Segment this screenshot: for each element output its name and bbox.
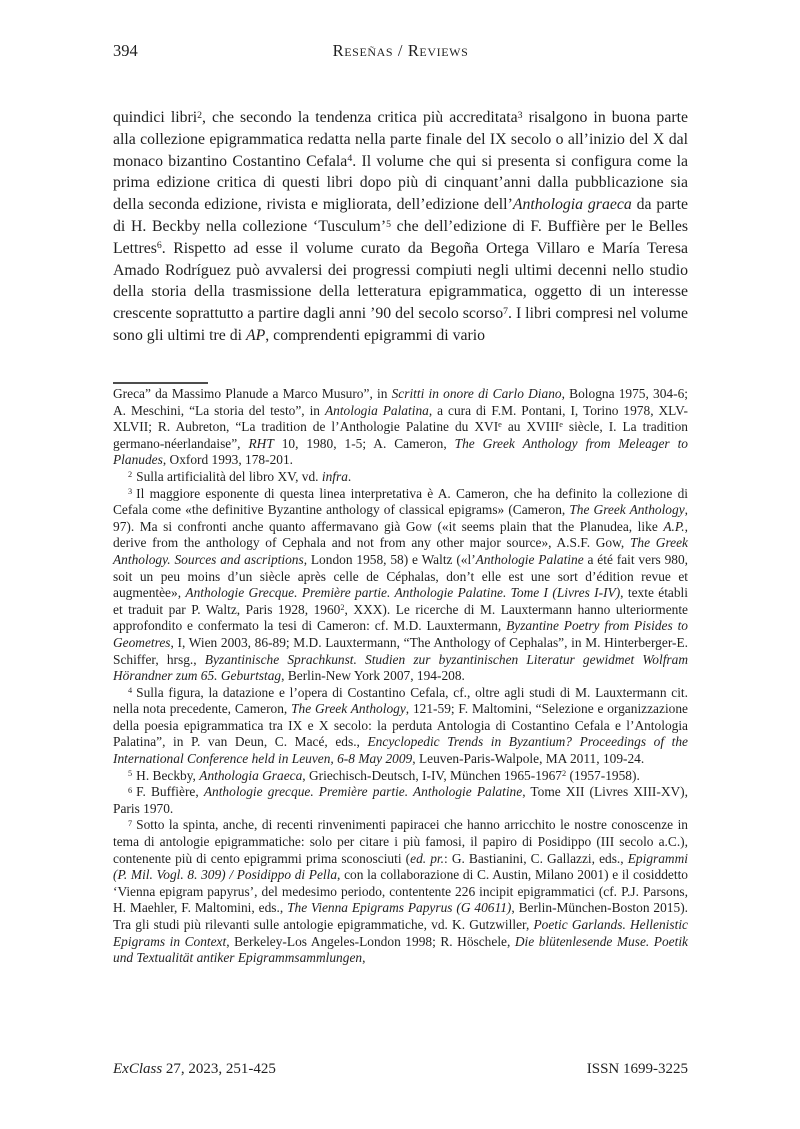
footnote-number: 4 bbox=[128, 686, 132, 695]
italic-text-segment: Anthologia graeca bbox=[513, 196, 632, 213]
italic-text-segment: infra bbox=[322, 469, 348, 484]
running-title: Reseñas / Reviews bbox=[113, 41, 688, 61]
text-segment: , Griechisch-Deutsch, I-IV, München 1965… bbox=[302, 768, 562, 783]
review-body-paragraph: quindici libri2, che secondo la tendenza… bbox=[113, 107, 688, 347]
footnote: 5H. Beckby, Anthologia Graeca, Griechisc… bbox=[113, 768, 688, 785]
superscript-note-ref: 4 bbox=[347, 153, 352, 164]
text-segment: , London 1958, 58) e Waltz («l’ bbox=[304, 552, 476, 567]
italic-text-segment: ExClass bbox=[113, 1061, 162, 1077]
text-segment: , Berkeley-Los Angeles-London 1998; R. H… bbox=[226, 934, 515, 949]
italic-text-segment: The Greek Anthology bbox=[291, 701, 406, 716]
footnote: Greca” da Massimo Planude a Marco Musuro… bbox=[113, 386, 688, 469]
text-segment: F. Buffière, bbox=[136, 784, 204, 799]
text-segment: Sulla artificialità del libro XV, vd. bbox=[136, 469, 322, 484]
journal-page: 394 Reseñas / Reviews quindici libri2, c… bbox=[0, 0, 800, 1129]
superscript-note-ref: 2 bbox=[562, 769, 566, 778]
text-segment: , comprendenti epigrammi di vario bbox=[265, 327, 485, 344]
text-segment: 27, 2023, 251-425 bbox=[162, 1061, 276, 1077]
text-segment: . bbox=[348, 469, 351, 484]
superscript-note-ref: 6 bbox=[157, 240, 162, 251]
superscript-note-ref: 3 bbox=[518, 110, 523, 121]
footnote-number: 5 bbox=[128, 769, 132, 778]
footnote: 6F. Buffière, Anthologie grecque. Premiè… bbox=[113, 784, 688, 817]
footnote-number: 6 bbox=[128, 786, 132, 795]
italic-text-segment: Anthologie Palatine bbox=[476, 552, 584, 567]
text-segment: : G. Bastianini, C. Gallazzi, eds., bbox=[444, 851, 628, 866]
italic-text-segment: The Vienna Epigrams Papyrus (G 40611) bbox=[287, 900, 511, 915]
text-segment: , che secondo la tendenza critica più ac… bbox=[202, 109, 518, 126]
text-segment: , bbox=[362, 950, 365, 965]
text-segment: au XVIII bbox=[502, 419, 559, 434]
text-segment: H. Beckby, bbox=[136, 768, 199, 783]
italic-text-segment: Anthologie Grecque. Première partie. Ant… bbox=[185, 585, 620, 600]
text-segment: , Berlin-New York 2007, 194-208. bbox=[281, 668, 465, 683]
italic-text-segment: AP bbox=[246, 327, 265, 344]
superscript-note-ref: e bbox=[559, 420, 563, 429]
superscript-note-ref: 5 bbox=[386, 219, 391, 230]
footnote-number: 2 bbox=[128, 470, 132, 479]
superscript-note-ref: 7 bbox=[503, 306, 508, 317]
text-segment: , Leuven-Paris-Walpole, MA 2011, 109-24. bbox=[412, 751, 644, 766]
page-header: 394 Reseñas / Reviews bbox=[113, 41, 688, 63]
superscript-note-ref: e bbox=[498, 420, 502, 429]
italic-text-segment: A.P. bbox=[663, 519, 684, 534]
footnote: 7Sotto la spinta, anche, di recenti rinv… bbox=[113, 817, 688, 966]
text-segment: , Oxford 1993, 178-201. bbox=[163, 452, 293, 467]
footnotes-block: Greca” da Massimo Planude a Marco Musuro… bbox=[113, 386, 688, 967]
issn-label: ISSN 1699-3225 bbox=[587, 1061, 688, 1078]
page-footer: ExClass 27, 2023, 251-425 ISSN 1699-3225 bbox=[113, 1061, 688, 1081]
journal-citation: ExClass 27, 2023, 251-425 bbox=[113, 1061, 276, 1078]
superscript-note-ref: 2 bbox=[197, 110, 202, 121]
italic-text-segment: Scritti in onore di Carlo Diano bbox=[392, 386, 562, 401]
superscript-note-ref: 2 bbox=[340, 603, 344, 612]
italic-text-segment: ed. pr. bbox=[410, 851, 444, 866]
italic-text-segment: Anthologie grecque. Première partie. Ant… bbox=[204, 784, 522, 799]
footnote-number: 3 bbox=[128, 487, 132, 496]
footnote: 4Sulla figura, la datazione e l’opera di… bbox=[113, 685, 688, 768]
footnote: 3Il maggiore esponente di questa linea i… bbox=[113, 486, 688, 685]
italic-text-segment: Antologia Palatina bbox=[325, 403, 429, 418]
footnote-separator bbox=[113, 382, 208, 384]
italic-text-segment: RHT bbox=[248, 436, 273, 451]
text-segment: Greca” da Massimo Planude a Marco Musuro… bbox=[113, 386, 392, 401]
text-segment: quindici libri bbox=[113, 109, 197, 126]
text-segment: 10, 1980, 1-5; A. Cameron, bbox=[274, 436, 455, 451]
text-segment: (1957-1958). bbox=[566, 768, 640, 783]
footnote-number: 7 bbox=[128, 819, 132, 828]
italic-text-segment: Anthologia Graeca bbox=[199, 768, 302, 783]
italic-text-segment: The Greek Anthology bbox=[569, 502, 684, 517]
footnote: 2Sulla artificialità del libro XV, vd. i… bbox=[113, 469, 688, 486]
